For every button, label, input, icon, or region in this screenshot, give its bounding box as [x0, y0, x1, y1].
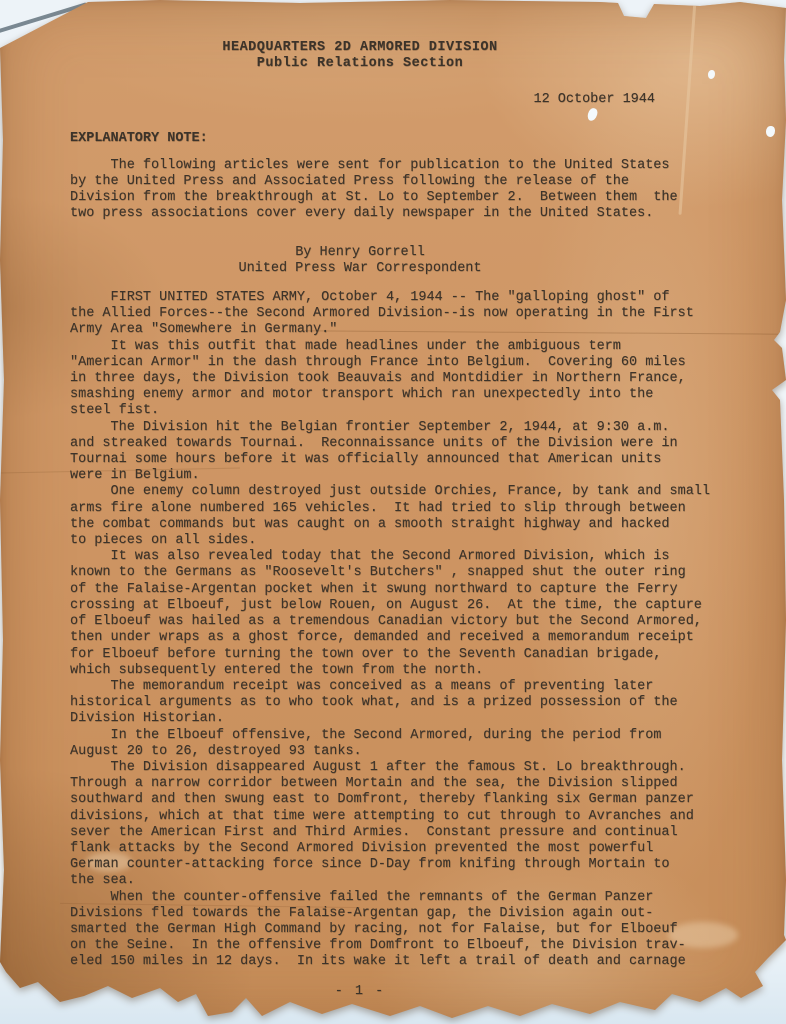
text-line: The memorandum receipt was conceived as …: [70, 679, 720, 695]
text-line: to pieces on all sides.: [70, 533, 720, 549]
text-line: which subsequently entered the town from…: [70, 663, 720, 679]
text-line: steel fist.: [70, 403, 720, 419]
text-line: In the Elboeuf offensive, the Second Arm…: [70, 728, 720, 744]
intro-paragraph: The following articles were sent for pub…: [70, 158, 720, 223]
text-line: German counter-attacking force since D-D…: [70, 857, 720, 873]
aged-paper-sheet: HEADQUARTERS 2D ARMORED DIVISION Public …: [0, 0, 786, 1024]
page-number: - 1 -: [70, 984, 650, 1000]
scanned-document-page: { "colors":{"paper":"#cf9766","ink":"#3c…: [0, 0, 786, 1024]
text-line: eled 150 miles in 12 days. In its wake i…: [70, 954, 720, 970]
byline: By Henry Gorrell United Press War Corres…: [70, 245, 650, 277]
title-line-2: Public Relations Section: [70, 56, 650, 72]
text-line: were in Belgium.: [70, 468, 720, 484]
text-line: It was also revealed today that the Seco…: [70, 549, 720, 565]
text-line: Division Historian.: [70, 711, 720, 727]
text-line: smarted the German High Command by racin…: [70, 922, 720, 938]
text-line: It was this outfit that made headlines u…: [70, 339, 720, 355]
text-line: crossing at Elboeuf, just below Rouen, o…: [70, 598, 720, 614]
paper-damage-chip: [766, 126, 775, 137]
text-line: of the Falaise-Argentan pocket when it s…: [70, 582, 720, 598]
explanatory-note-label: EXPLANATORY NOTE:: [70, 131, 720, 147]
typewritten-content: HEADQUARTERS 2D ARMORED DIVISION Public …: [70, 40, 720, 1000]
text-line: sever the American First and Third Armie…: [70, 825, 720, 841]
text-line: and streaked towards Tournai. Reconnaiss…: [70, 436, 720, 452]
text-line: arms fire alone numbered 165 vehicles. I…: [70, 501, 720, 517]
text-line: the combat commands but was caught on a …: [70, 517, 720, 533]
article-body: FIRST UNITED STATES ARMY, October 4, 194…: [70, 290, 720, 971]
text-line: Tournai some hours before it was officia…: [70, 452, 720, 468]
document-title: HEADQUARTERS 2D ARMORED DIVISION Public …: [70, 40, 650, 72]
text-line: historical arguments as to who took what…: [70, 695, 720, 711]
text-line: of Elboeuf was hailed as a tremendous Ca…: [70, 614, 720, 630]
text-line: Divisions fled towards the Falaise-Argen…: [70, 906, 720, 922]
text-line: Through a narrow corridor between Mortai…: [70, 776, 720, 792]
text-line: The following articles were sent for pub…: [70, 158, 720, 174]
text-line: then under wraps as a ghost force, deman…: [70, 630, 720, 646]
text-line: August 20 to 26, destroyed 93 tanks.: [70, 744, 720, 760]
paper-sheet-wrapper: HEADQUARTERS 2D ARMORED DIVISION Public …: [0, 0, 786, 1024]
text-line: "American Armor" in the dash through Fra…: [70, 355, 720, 371]
text-line: for Elboeuf before turning the town over…: [70, 647, 720, 663]
text-line: divisions, which at that time were attem…: [70, 809, 720, 825]
text-line: When the counter-offensive failed the re…: [70, 890, 720, 906]
document-date: 12 October 1944: [70, 92, 655, 108]
text-line: Division from the breakthrough at St. Lo…: [70, 190, 720, 206]
text-line: flank attacks by the Second Armored Divi…: [70, 841, 720, 857]
text-line: known to the Germans as "Roosevelt's But…: [70, 565, 720, 581]
title-line-1: HEADQUARTERS 2D ARMORED DIVISION: [70, 40, 650, 56]
byline-role: United Press War Correspondent: [70, 261, 650, 277]
text-line: on the Seine. In the offensive from Domf…: [70, 938, 720, 954]
text-line: One enemy column destroyed just outside …: [70, 484, 720, 500]
text-line: by the United Press and Associated Press…: [70, 174, 720, 190]
text-line: in three days, the Division took Beauvai…: [70, 371, 720, 387]
text-line: the Allied Forces--the Second Armored Di…: [70, 306, 720, 322]
byline-author: By Henry Gorrell: [70, 245, 650, 261]
text-line: the sea.: [70, 873, 720, 889]
text-line: smashing enemy armor and motor transport…: [70, 387, 720, 403]
text-line: southward and then swung east to Domfron…: [70, 792, 720, 808]
text-line: FIRST UNITED STATES ARMY, October 4, 194…: [70, 290, 720, 306]
text-line: two press associations cover every daily…: [70, 206, 720, 222]
text-line: The Division disappeared August 1 after …: [70, 760, 720, 776]
text-line: The Division hit the Belgian frontier Se…: [70, 420, 720, 436]
text-line: Army Area "Somewhere in Germany.": [70, 322, 720, 338]
